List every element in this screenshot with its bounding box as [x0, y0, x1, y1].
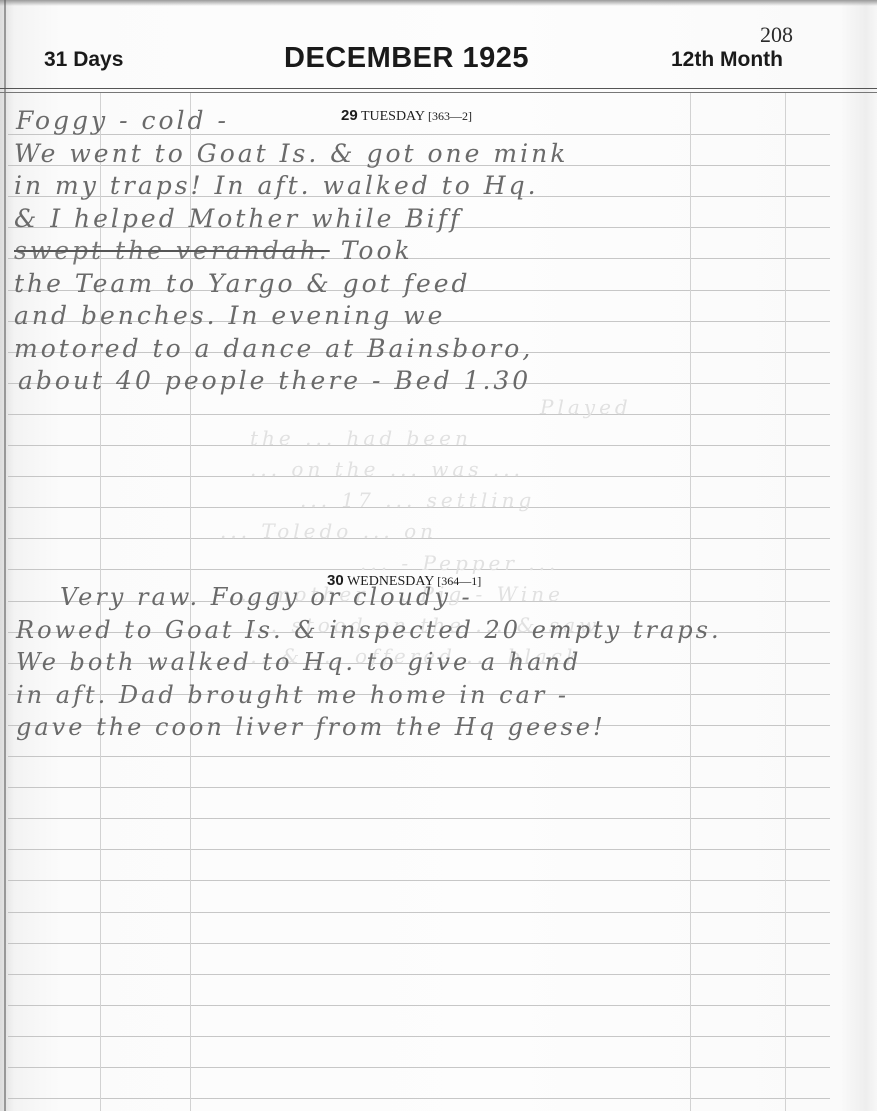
handwritten-text: Took — [330, 236, 413, 265]
handwritten-line: & I helped Mother while Biff — [14, 206, 462, 231]
ruled-line — [8, 880, 830, 881]
handwritten-line: Very raw. Foggy or cloudy - — [60, 585, 473, 609]
day-number: 29 — [341, 107, 358, 124]
ruled-line — [8, 1098, 830, 1099]
handwritten-line: in my traps! In aft. walked to Hq. — [14, 173, 539, 198]
bleed-through-line: ... on the ... was ... — [250, 457, 524, 481]
bleed-through-line: the ... had been — [250, 426, 472, 450]
month-ordinal-label: 12th Month — [671, 48, 783, 72]
ruled-line — [8, 1067, 830, 1068]
handwritten-line: motored to a dance at Bainsboro, — [14, 336, 533, 361]
ruled-line — [8, 756, 830, 757]
ruled-line — [8, 414, 830, 415]
header-rule — [0, 92, 877, 93]
page-number: 208 — [760, 22, 793, 48]
struck-through-text: swept the verandah. — [14, 236, 330, 265]
handwritten-line: and benches. In evening we — [14, 303, 445, 328]
handwritten-line: the Team to Yargo & got feed — [14, 271, 471, 296]
page-top-shadow — [0, 0, 877, 6]
bleed-through-line: Played — [540, 395, 632, 419]
handwritten-line: Foggy - cold - — [16, 108, 229, 133]
day-heading-29: 29 TUESDAY [363—2] — [341, 107, 472, 125]
ruled-line — [8, 943, 830, 944]
handwritten-line: Rowed to Goat Is. & inspected 20 empty t… — [16, 618, 722, 642]
ruled-line — [8, 912, 830, 913]
margin-line — [785, 93, 786, 1111]
diary-page: 208 31 Days DECEMBER 1925 12th Month Pla… — [0, 0, 877, 1111]
binding-edge — [4, 0, 6, 1111]
day-of-year-index: [363—2] — [428, 109, 472, 123]
handwritten-line: in aft. Dad brought me home in car - — [16, 683, 569, 707]
page-title: DECEMBER 1925 — [284, 42, 529, 75]
ruled-line — [8, 849, 830, 850]
margin-line — [690, 93, 691, 1111]
bleed-through-line: ... Toledo ... on — [220, 519, 437, 543]
handwritten-line: gave the coon liver from the Hq geese! — [16, 715, 606, 739]
ruled-line — [8, 1036, 830, 1037]
month-days-label: 31 Days — [44, 48, 123, 72]
handwritten-line: swept the verandah. Took — [14, 238, 413, 263]
handwritten-line: We went to Goat Is. & got one mink — [14, 141, 568, 166]
handwritten-line: about 40 people there - Bed 1.30 — [18, 368, 531, 393]
ruled-line — [8, 974, 830, 975]
weekday: TUESDAY — [361, 109, 425, 124]
bleed-through-line: ... 17 ... settling — [300, 488, 535, 512]
handwritten-line: We both walked to Hq. to give a hand — [16, 650, 581, 674]
ruled-line — [8, 1005, 830, 1006]
ruled-line — [8, 818, 830, 819]
ruled-line — [8, 787, 830, 788]
header-rule — [0, 88, 877, 89]
